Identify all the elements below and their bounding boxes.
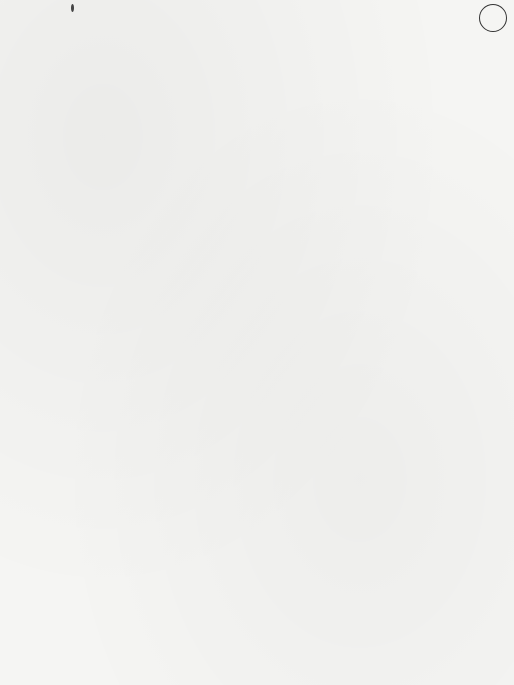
ink-speck (71, 4, 74, 12)
document-page (0, 0, 514, 685)
circled-page-mark (479, 4, 507, 32)
